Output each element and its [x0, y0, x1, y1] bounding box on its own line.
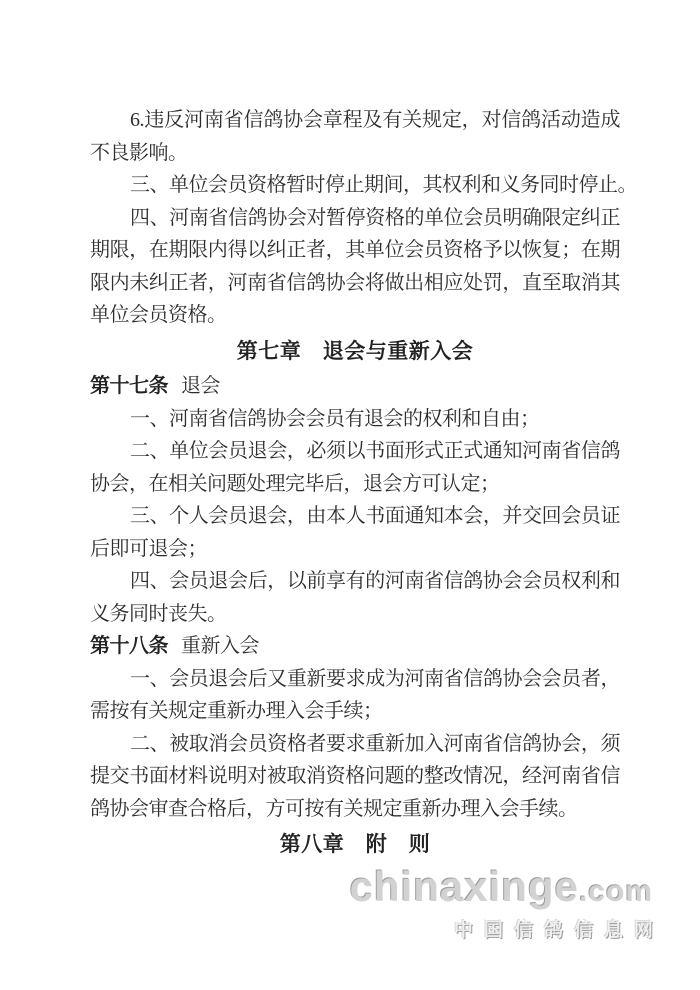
article-17-heading: 第十七条退会	[90, 370, 620, 403]
watermark-site-name: chinaxinge	[350, 863, 579, 910]
article-18-clause-2: 二、被取消会员资格者要求重新加入河南省信鸽协会，须提交书面材料说明对被取消资格问…	[90, 728, 620, 826]
article-17-clause-4: 四、会员退会后，以前享有的河南省信鸽协会会员权利和义务同时丧失。	[90, 565, 620, 630]
article-18-title: 重新入会	[181, 635, 259, 657]
article-18-number: 第十八条	[90, 635, 168, 657]
article-17-clause-2: 二、单位会员退会，必须以书面形式正式通知河南省信鸽协会，在相关问题处理完毕后，退…	[90, 435, 620, 500]
watermark-site-name-cn: 中国信鸽信息网	[350, 921, 664, 941]
paragraph-suspension: 三、单位会员资格暂时停止期间，其权利和义务同时停止。	[90, 169, 620, 202]
watermark: chinaxinge.com 中国信鸽信息网	[350, 866, 653, 941]
article-18-heading: 第十八条重新入会	[90, 630, 620, 663]
watermark-domain-suffix: .com	[579, 875, 653, 908]
article-17-number: 第十七条	[90, 375, 168, 397]
article-17-clause-3: 三、个人会员退会，由本人书面通知本会，并交回会员证后即可退会；	[90, 500, 620, 565]
watermark-domain: chinaxinge.com	[350, 866, 653, 918]
article-17-clause-1: 一、河南省信鸽协会会员有退会的权利和自由；	[90, 403, 620, 436]
document-body: 6.违反河南省信鸽协会章程及有关规定，对信鸽活动造成不良影响。 三、单位会员资格…	[90, 104, 620, 864]
chapter-8-heading: 第八章 附 则	[90, 829, 620, 862]
article-18-clause-1: 一、会员退会后又重新要求成为河南省信鸽协会会员者，需按有关规定重新办理入会手续；	[90, 663, 620, 728]
paragraph-violation: 6.违反河南省信鸽协会章程及有关规定，对信鸽活动造成不良影响。	[90, 104, 620, 169]
document-page: 6.违反河南省信鸽协会章程及有关规定，对信鸽活动造成不良影响。 三、单位会员资格…	[0, 0, 700, 990]
chapter-7-heading: 第七章 退会与重新入会	[90, 336, 620, 369]
paragraph-correction: 四、河南省信鸽协会对暂停资格的单位会员明确限定纠正期限，在期限内得以纠正者，其单…	[90, 202, 620, 332]
article-17-title: 退会	[181, 375, 220, 397]
